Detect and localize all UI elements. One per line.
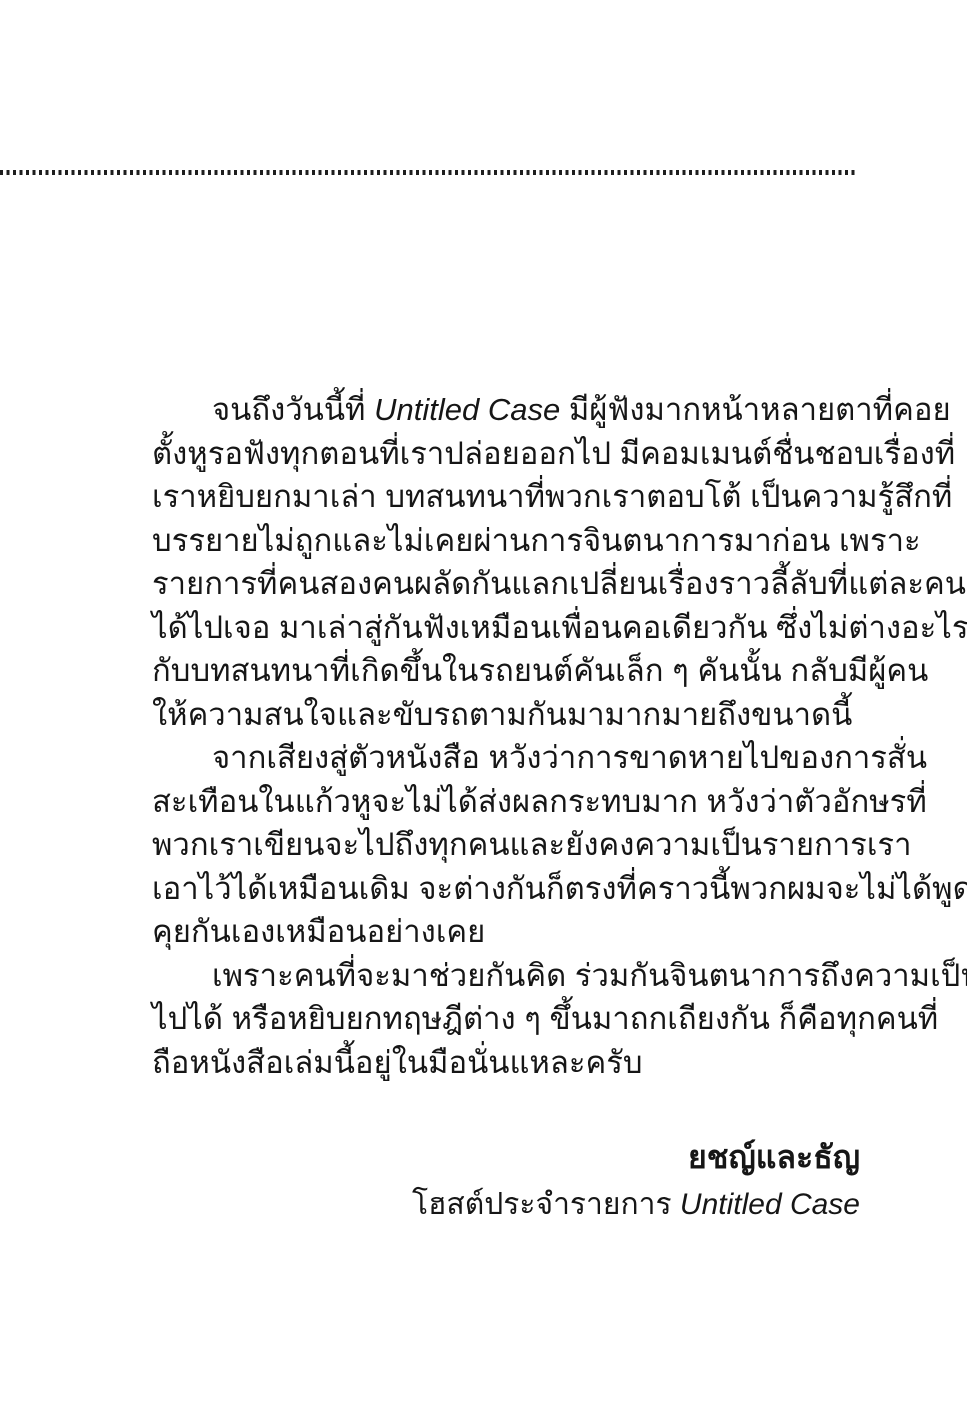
signature-name: ยชญ์และธัญ bbox=[412, 1134, 860, 1180]
text-line: บรรยายไม่ถูกและไม่เคยผ่านการจินตนาการมาก… bbox=[152, 519, 860, 563]
text-line: กับบทสนทนาที่เกิดขึ้นในรถยนต์คันเล็ก ๆ ค… bbox=[152, 649, 860, 693]
text-line: สะเทือนในแก้วหูจะไม่ได้ส่งผลกระทบมาก หวั… bbox=[152, 780, 860, 824]
text-segment: จนถึงวันนี้ที่ bbox=[212, 392, 374, 427]
text-line: จากเสียงสู่ตัวหนังสือ หวังว่าการขาดหายไป… bbox=[152, 736, 860, 780]
text-line: จนถึงวันนี้ที่ Untitled Case มีผู้ฟังมาก… bbox=[152, 388, 860, 432]
paragraph: จากเสียงสู่ตัวหนังสือ หวังว่าการขาดหายไป… bbox=[152, 736, 860, 954]
text-line: เราหยิบยกมาเล่า บทสนทนาที่พวกเราตอบโต้ เ… bbox=[152, 475, 860, 519]
brand-name: Untitled Case bbox=[374, 392, 560, 427]
text-block: จนถึงวันนี้ที่ Untitled Case มีผู้ฟังมาก… bbox=[152, 388, 860, 1084]
text-line: พวกเราเขียนจะไปถึงทุกคนและยังคงความเป็นร… bbox=[152, 823, 860, 867]
signature-block: ยชญ์และธัญ โฮสต์ประจำรายการ Untitled Cas… bbox=[412, 1134, 860, 1230]
text-line: ไปได้ หรือหยิบยกทฤษฎีต่าง ๆ ขึ้นมาถกเถีย… bbox=[152, 997, 860, 1041]
text-line: เอาไว้ได้เหมือนเดิม จะต่างกันก็ตรงที่ครา… bbox=[152, 867, 860, 911]
paragraph: จนถึงวันนี้ที่ Untitled Case มีผู้ฟังมาก… bbox=[152, 388, 860, 736]
text-segment: มีผู้ฟังมากหน้าหลายตาที่คอย bbox=[560, 392, 950, 427]
dotted-divider bbox=[0, 170, 858, 175]
text-line: คุยกันเองเหมือนอย่างเคย bbox=[152, 910, 860, 954]
text-line: ให้ความสนใจและขับรถตามกันมามากมายถึงขนาด… bbox=[152, 693, 860, 737]
text-line: ตั้งหูรอฟังทุกตอนที่เราปล่อยออกไป มีคอมเ… bbox=[152, 432, 860, 476]
text-line: ถือหนังสือเล่มนี้อยู่ในมือนั่นแหละครับ bbox=[152, 1041, 860, 1085]
signature-role-prefix: โฮสต์ประจำรายการ bbox=[412, 1188, 680, 1221]
paragraph: เพราะคนที่จะมาช่วยกันคิด ร่วมกันจินตนากา… bbox=[152, 954, 860, 1085]
signature-role: โฮสต์ประจำรายการ Untitled Case bbox=[412, 1180, 860, 1230]
book-page: จนถึงวันนี้ที่ Untitled Case มีผู้ฟังมาก… bbox=[0, 0, 967, 1407]
text-line: เพราะคนที่จะมาช่วยกันคิด ร่วมกันจินตนากา… bbox=[152, 954, 860, 998]
text-line: รายการที่คนสองคนผลัดกันแลกเปลี่ยนเรื่องร… bbox=[152, 562, 860, 606]
text-line: ได้ไปเจอ มาเล่าสู่กันฟังเหมือนเพื่อนคอเด… bbox=[152, 606, 860, 650]
brand-name: Untitled Case bbox=[680, 1188, 860, 1221]
